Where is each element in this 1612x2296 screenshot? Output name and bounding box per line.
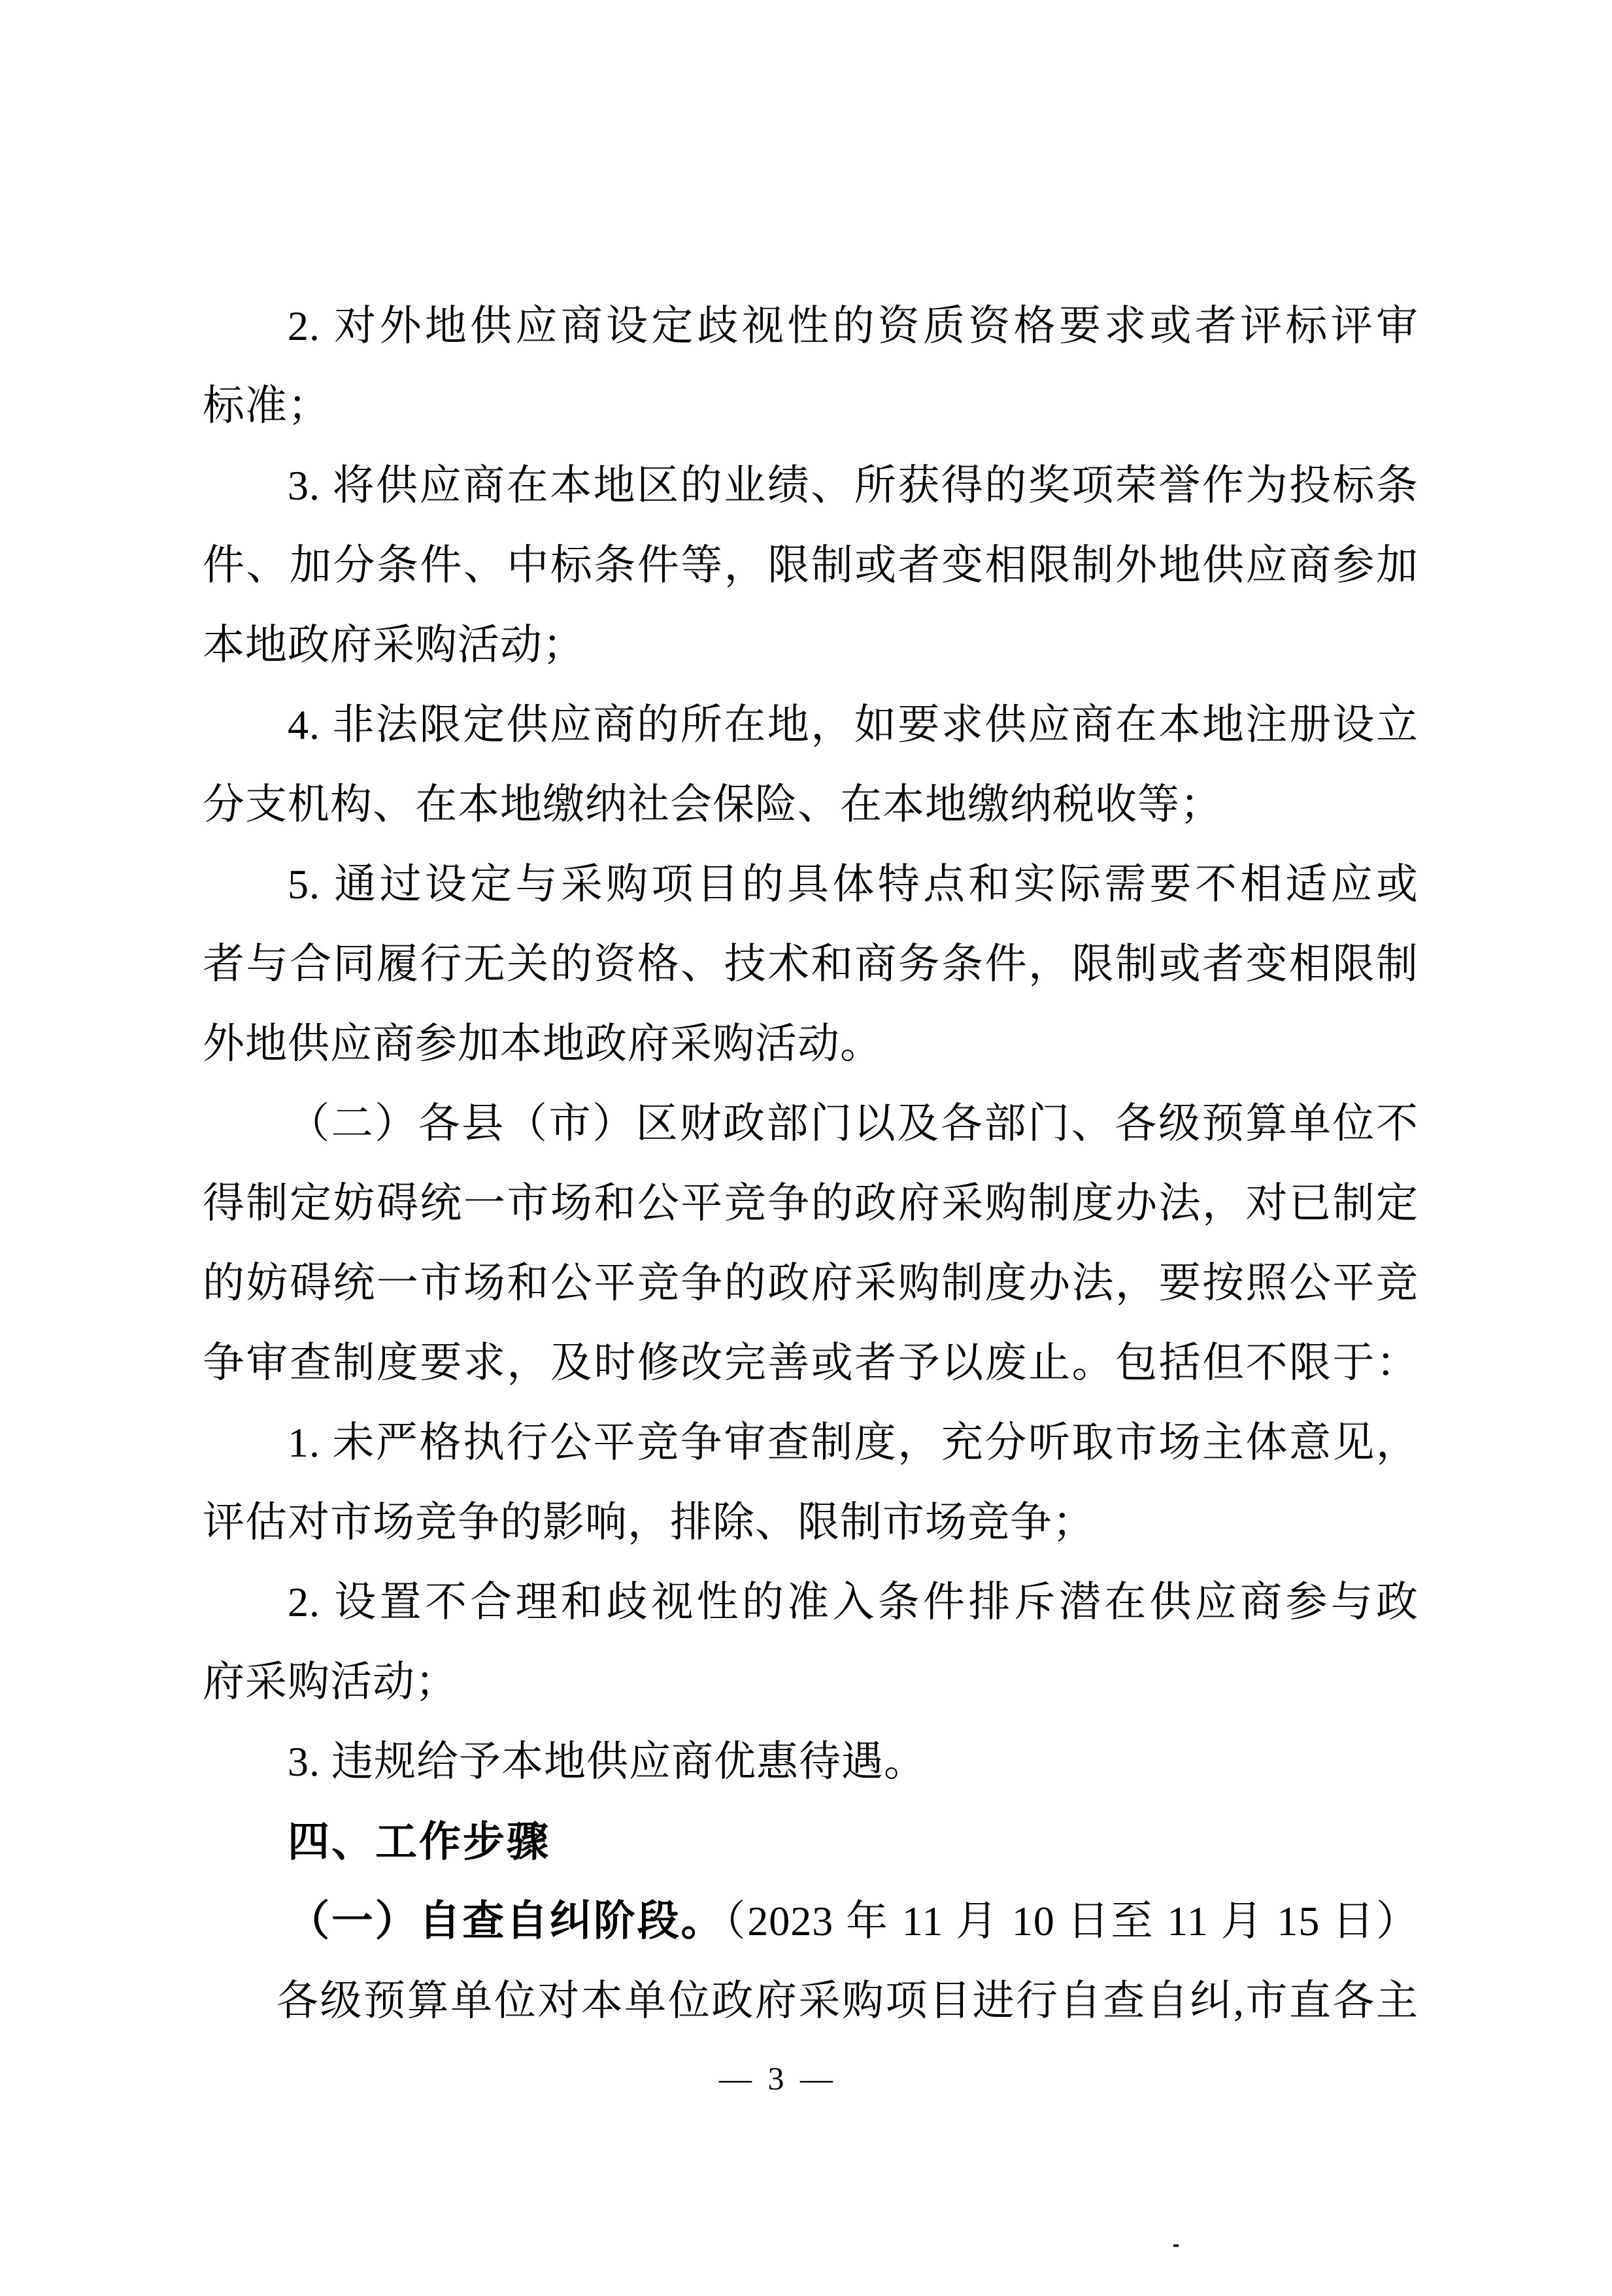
text-line: 1. 未严格执行公平竞争审查制度，充分听取市场主体意见， (203, 1403, 1419, 1483)
text-line: 3. 违规给予本地供应商优惠待遇。 (203, 1722, 1419, 1802)
text-line: 者与合同履行无关的资格、技术和商务条件，限制或者变相限制 (203, 924, 1419, 1004)
text-line: 各级预算单位对本单位政府采购项目进行自查自纠,市直各主 (203, 1961, 1419, 2041)
document-page: 2. 对外地供应商设定歧视性的资质资格要求或者评标评审 标准； 3. 将供应商在… (0, 0, 1612, 2296)
text-line: （二）各县（市）区财政部门以及各部门、各级预算单位不 (203, 1084, 1419, 1164)
page-number: — 3 — (680, 2058, 876, 2099)
text-line: 2. 对外地供应商设定歧视性的资质资格要求或者评标评审 (203, 286, 1419, 366)
text-line: 本地政府采购活动； (203, 605, 1419, 685)
text-line: 标准； (203, 366, 1419, 446)
text-line: 2. 设置不合理和歧视性的准入条件排斥潜在供应商参与政 (203, 1562, 1419, 1642)
text-line: （一）自查自纠阶段。（2023 年 11 月 10 日至 11 月 15 日） (203, 1882, 1419, 1961)
text-line: 5. 通过设定与采购项目的具体特点和实际需要不相适应或 (203, 845, 1419, 924)
section-heading: 四、工作步骤 (203, 1802, 1419, 1882)
text-line: 争审查制度要求，及时修改完善或者予以废止。包括但不限于： (203, 1323, 1419, 1403)
text-line: 外地供应商参加本地政府采购活动。 (203, 1004, 1419, 1084)
text-line: 得制定妨碍统一市场和公平竞争的政府采购制度办法，对已制定 (203, 1164, 1419, 1243)
text-line: 4. 非法限定供应商的所在地，如要求供应商在本地注册设立 (203, 685, 1419, 765)
text-line: 3. 将供应商在本地区的业绩、所获得的奖项荣誉作为投标条 (203, 446, 1419, 526)
text-line: 件、加分条件、中标条件等，限制或者变相限制外地供应商参加 (203, 526, 1419, 605)
text-line: 评估对市场竞争的影响，排除、限制市场竞争； (203, 1483, 1419, 1562)
stage-heading-period: （2023 年 11 月 10 日至 11 月 15 日） (724, 1898, 1419, 1944)
stage-heading-label: （一）自查自纠阶段。 (288, 1898, 724, 1944)
text-line: 府采购活动； (203, 1642, 1419, 1722)
document-body: 2. 对外地供应商设定歧视性的资质资格要求或者评标评审 标准； 3. 将供应商在… (203, 286, 1419, 2041)
text-line: 分支机构、在本地缴纳社会保险、在本地缴纳税收等； (203, 765, 1419, 845)
scan-artifact-speck (1173, 2244, 1179, 2247)
text-line: 的妨碍统一市场和公平竞争的政府采购制度办法，要按照公平竞 (203, 1243, 1419, 1323)
